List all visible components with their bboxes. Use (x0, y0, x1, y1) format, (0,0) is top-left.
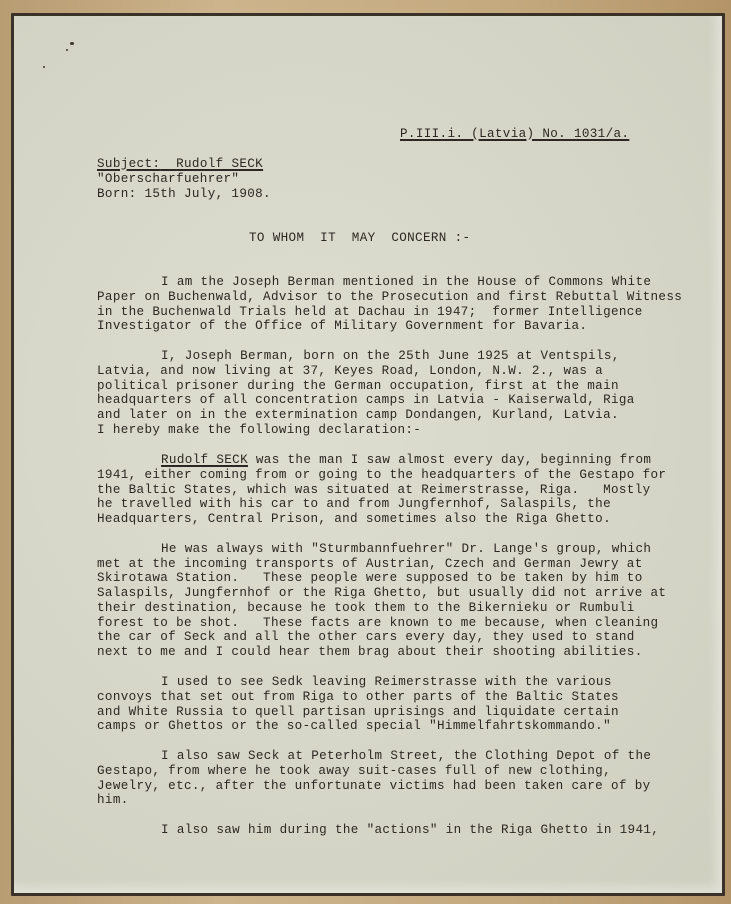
paragraph-6-line: I also saw Seck at Peterholm Street, the… (97, 749, 651, 764)
paragraph-2-line: and later on in the extermination camp D… (97, 408, 619, 423)
subject-label: Subject: (97, 157, 160, 171)
subject-rank: "Oberscharfuehrer" (97, 172, 239, 187)
paragraph-4-line: forest to be shot. These facts are known… (97, 616, 658, 631)
paragraph-5-line: convoys that set out from Riga to other … (97, 690, 619, 705)
paragraph-5-line: and White Russia to quell partisan upris… (97, 705, 619, 720)
paragraph-5-line: I used to see Sedk leaving Reimerstrasse… (97, 675, 612, 690)
paragraph-2-line: headquarters of all concentration camps … (97, 393, 635, 408)
ink-speck (70, 42, 74, 45)
salutation: TO WHOM IT MAY CONCERN :- (249, 231, 470, 246)
ink-speck (66, 49, 68, 51)
rudolf-seck-underlined: Rudolf SECK (161, 453, 248, 467)
paragraph-4-line: the car of Seck and all the other cars e… (97, 630, 635, 645)
paragraph-4-line: their destination, because he took them … (97, 601, 635, 616)
ink-speck (43, 66, 45, 68)
reference-number: P.III.i. (Latvia) No. 1031/a. (400, 127, 629, 142)
paragraph-5-line: camps or Ghettos or the so-called specia… (97, 719, 611, 734)
paragraph-2-line: I hereby make the following declaration:… (97, 423, 421, 438)
paragraph-1-line: in the Buchenwald Trials held at Dachau … (97, 305, 643, 320)
paragraph-3-line: Rudolf SECK was the man I saw almost eve… (97, 453, 651, 468)
paragraph-7-line: I also saw him during the "actions" in t… (97, 823, 659, 838)
paragraph-4-line: He was always with "Sturmbannfuehrer" Dr… (97, 542, 651, 557)
paragraph-1-line: I am the Joseph Berman mentioned in the … (97, 275, 651, 290)
paragraph-2-line: political prisoner during the German occ… (97, 379, 619, 394)
paragraph-6-line: him. (97, 793, 129, 808)
paragraph-3-line: 1941, either coming from or going to the… (97, 468, 666, 483)
subject-name: Rudolf SECK (176, 157, 263, 171)
subject-line: Subject: Rudolf SECK (97, 157, 263, 172)
paragraph-6-line: Jewelry, etc., after the unfortunate vic… (97, 779, 651, 794)
paragraph-4-line: Salaspils, Jungfernhof or the Riga Ghett… (97, 586, 666, 601)
paragraph-1-line: Paper on Buchenwald, Advisor to the Pros… (97, 290, 682, 305)
typed-document: P.III.i. (Latvia) No. 1031/a. Subject: R… (97, 0, 697, 788)
paragraph-4-line: Skirotawa Station. These people were sup… (97, 571, 643, 586)
paragraph-4-line: next to me and I could hear them brag ab… (97, 645, 643, 660)
subject-born: Born: 15th July, 1908. (97, 187, 271, 202)
paragraph-6-line: Gestapo, from where he took away suit-ca… (97, 764, 611, 779)
paragraph-1-line: Investigator of the Office of Military G… (97, 319, 587, 334)
paragraph-2-line: Latvia, and now living at 37, Keyes Road… (97, 364, 603, 379)
paragraph-3-line: the Baltic States, which was situated at… (97, 483, 651, 498)
paragraph-2-line: I, Joseph Berman, born on the 25th June … (97, 349, 620, 364)
paragraph-3-line: he travelled with his car to and from Ju… (97, 497, 611, 512)
paragraph-3-line: Headquarters, Central Prison, and someti… (97, 512, 611, 527)
paragraph-4-line: met at the incoming transports of Austri… (97, 557, 643, 572)
